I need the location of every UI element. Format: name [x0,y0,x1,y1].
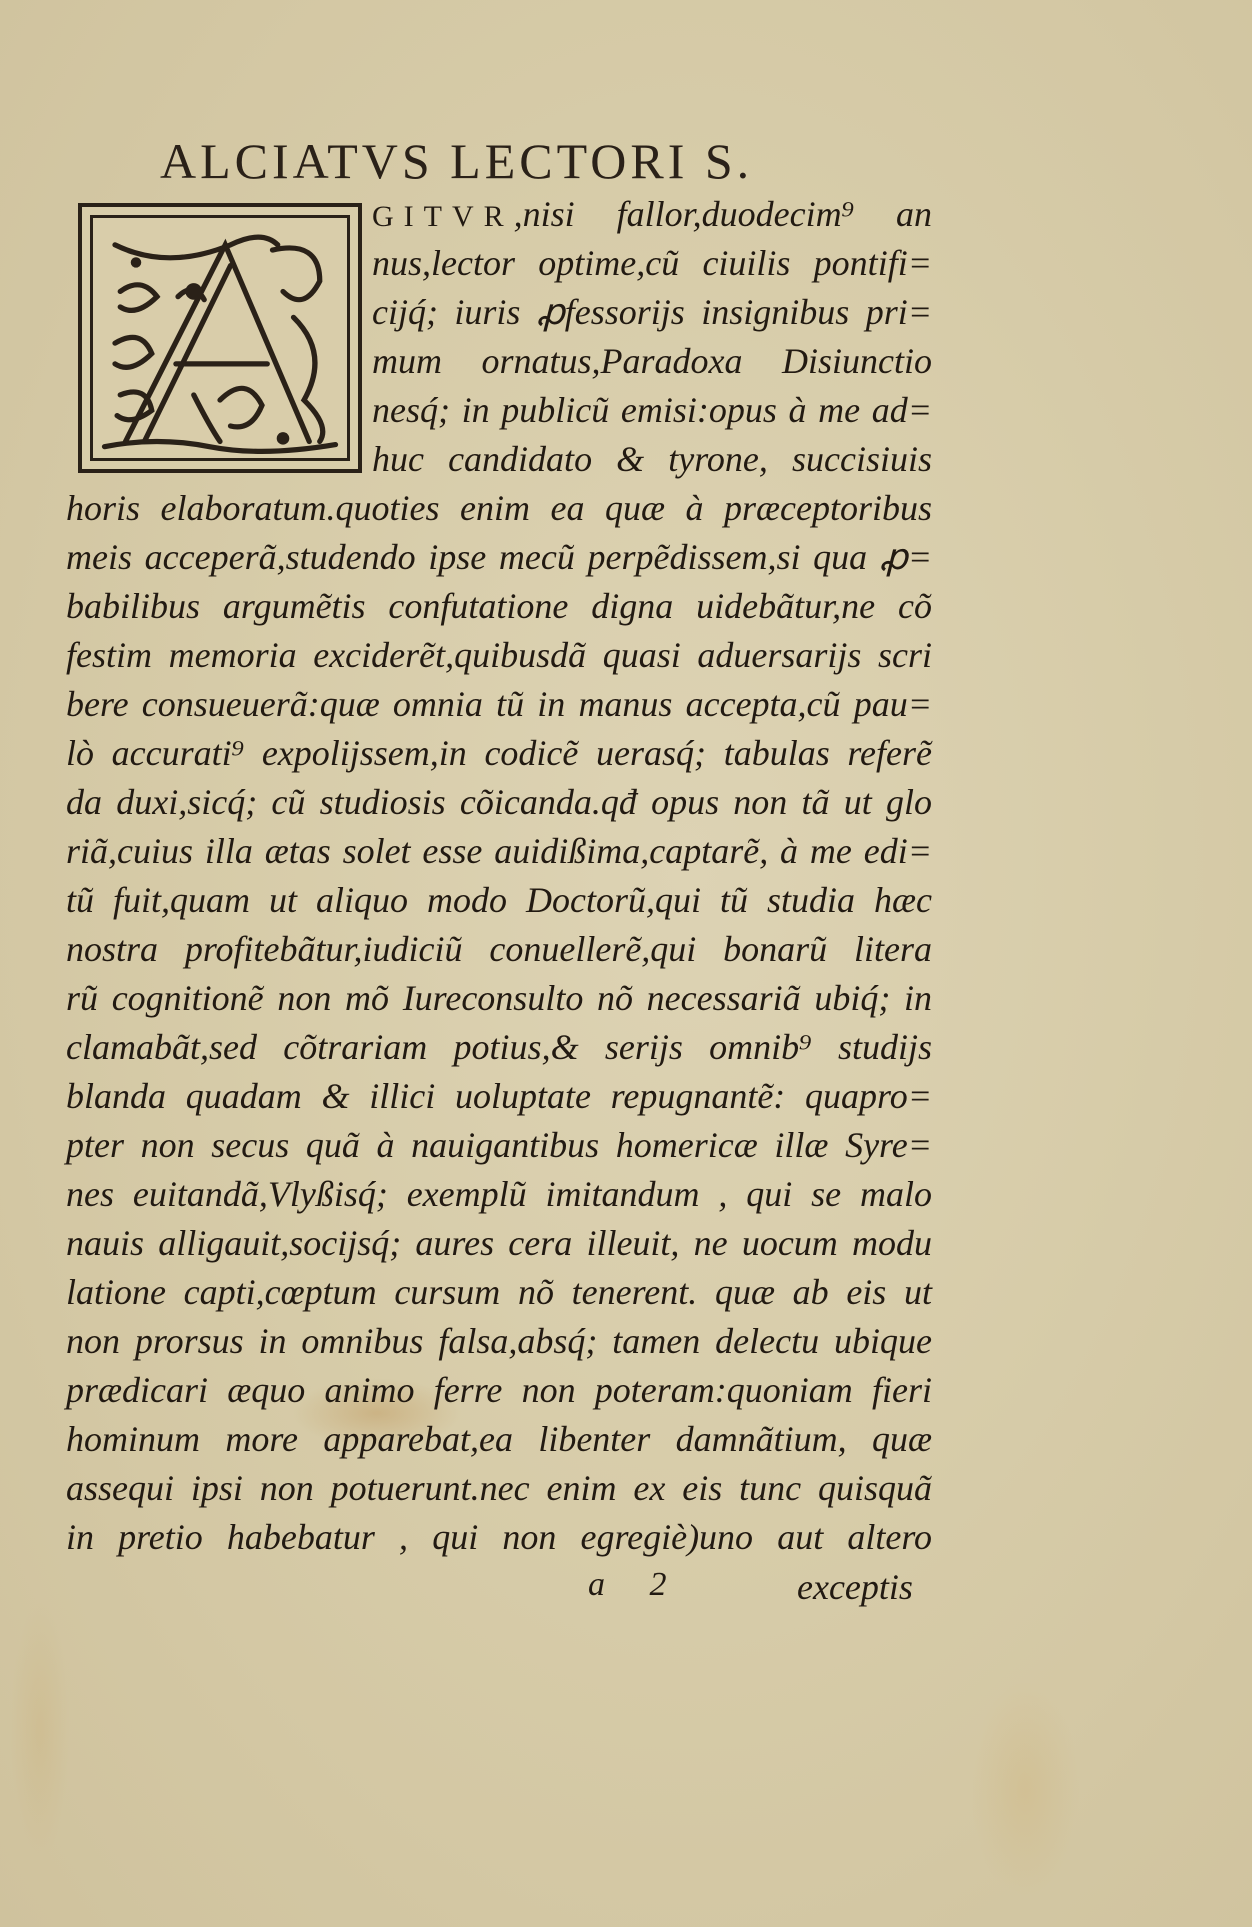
main-text-block: horis elaboratum.quoties enim ea quæ à p… [66,484,932,1562]
text-block-beside-initial: GITVR,nisi fallor,duodecim⁹ an nus,lecto… [372,190,932,484]
text-line: blanda quadam & illici uoluptate repugna… [66,1072,932,1121]
text-line: nes euitandã,Vlyßisq́; exemplũ imitandum… [66,1170,932,1219]
catchword: exceptis [797,1566,913,1608]
text-line: pter non secus quã à nauigantibus homeri… [66,1121,932,1170]
text-line: cijq́; iuris ꝓfessorijs insignibus pri= [372,288,932,337]
text-line: nostra profitebãtur,iudiciũ conuellerẽ,q… [66,925,932,974]
text-line: babilibus argumẽtis confutatione digna u… [66,582,932,631]
text-line: GITVR,nisi fallor,duodecim⁹ an [372,190,932,239]
book-page: ALCIATVS LECTORI S. GIT [0,0,1252,1927]
ornamental-letter-a-icon [94,219,346,457]
text-line: da duxi,sicq́; cũ studiosis cõicanda.qđ … [66,778,932,827]
text-line: hominum more apparebat,ea libenter damnã… [66,1415,932,1464]
text-line: meis acceperã,studendo ipse mecũ perpẽdi… [66,533,932,582]
paper-stain [970,1680,1080,1900]
text-line: clamabãt,sed cõtrariam potius,& serijs o… [66,1023,932,1072]
text-line: in pretio habebatur , qui non egregiè)un… [66,1513,932,1562]
text-line: riã,cuius illa ætas solet esse auidißima… [66,827,932,876]
text-line: mum ornatus,Paradoxa Disiunctio [372,337,932,386]
show-through-text [220,80,620,120]
text-line: horis elaboratum.quoties enim ea quæ à p… [66,484,932,533]
text-line: nus,lector optime,cũ ciuilis pontifi= [372,239,932,288]
text-line: bere consueuerã:quæ omnia tũ in manus ac… [66,680,932,729]
text-line: tũ fuit,quam ut aliquo modo Doctorũ,qui … [66,876,932,925]
page-heading: ALCIATVS LECTORI S. [160,136,753,186]
ornamental-initial [78,203,362,473]
text-line: festim memoria exciderẽt,quibusdã quasi … [66,631,932,680]
text-line: nesq́; in publicũ emisi:opus à me ad= [372,386,932,435]
text-line: lò accurati⁹ expolijssem,in codicẽ ueras… [66,729,932,778]
text-line: huc candidato & tyrone, succisiuis [372,435,932,484]
text-line: assequi ipsi non potuerunt.nec enim ex e… [66,1464,932,1513]
text-line: non prorsus in omnibus falsa,absq́; tame… [66,1317,932,1366]
signature-mark: a 2 [588,1566,667,1604]
text-line: prædicari æquo animo ferre non poteram:q… [66,1366,932,1415]
opening-small-caps: GITVR [372,200,514,233]
text-line: latione capti,cœptum cursum nõ tenerent.… [66,1268,932,1317]
paper-stain [10,1600,70,1860]
text-line: nauis alligauit,socijsq́; aures cera ill… [66,1219,932,1268]
text-line: rũ cognitionẽ non mõ Iureconsulto nõ nec… [66,974,932,1023]
